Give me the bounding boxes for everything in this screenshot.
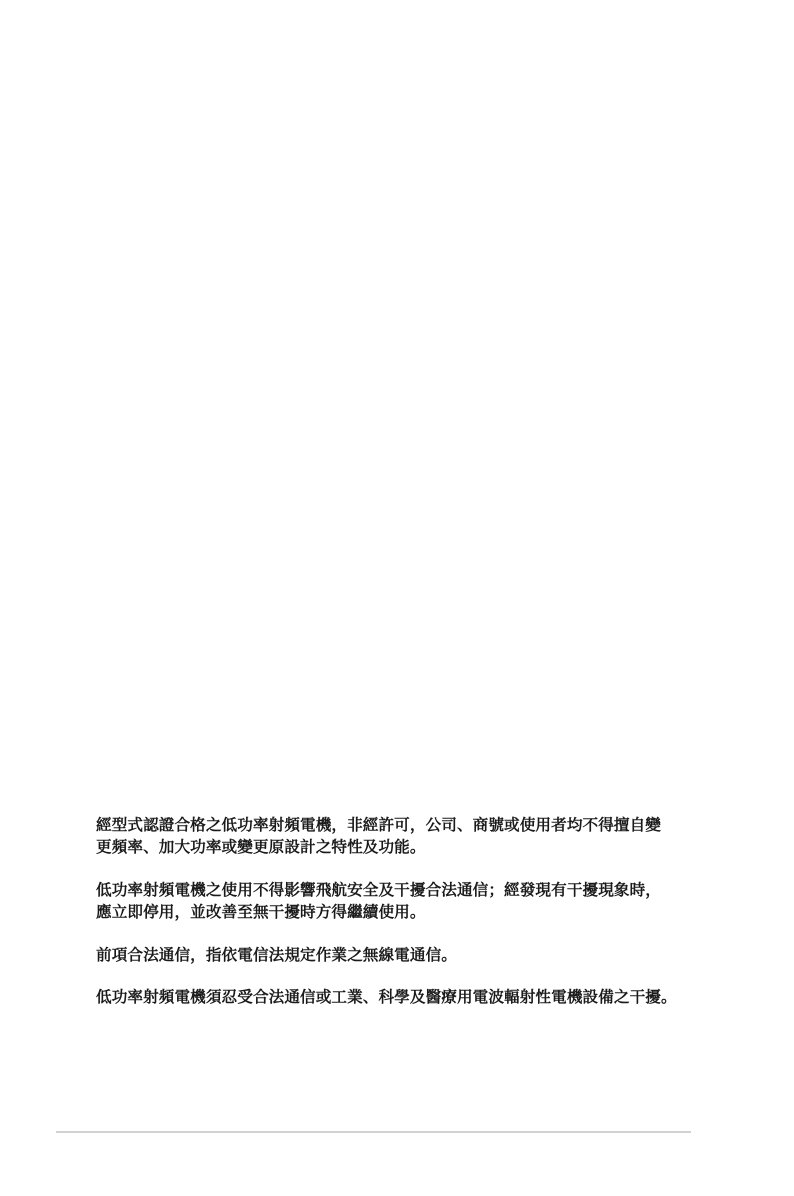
paragraph-spacer [96,966,696,986]
footer-divider [56,1131,691,1133]
paragraph-spacer [96,858,696,879]
paragraph-legal-communication: 前項合法通信，指依電信法規定作業之無線電通信。 [96,944,696,966]
paragraph-line: 經型式認證合格之低功率射頻電機，非經許可，公司、商號或使用者均不得擅自變 [96,814,696,836]
paragraph-line: 低功率射頻電機須忍受合法通信或工業、科學及醫療用電波輻射性電機設備之干擾。 [96,986,696,1008]
ncc-regulatory-notice: 經型式認證合格之低功率射頻電機，非經許可，公司、商號或使用者均不得擅自變 更頻率… [96,814,696,1008]
paragraph-line: 更頻率、加大功率或變更原設計之特性及功能。 [96,836,696,858]
paragraph-line: 低功率射頻電機之使用不得影響飛航安全及干擾合法通信；經發現有干擾現象時， [96,879,696,901]
paragraph-certification: 經型式認證合格之低功率射頻電機，非經許可，公司、商號或使用者均不得擅自變 更頻率… [96,814,696,858]
paragraph-line: 應立即停用，並改善至無干擾時方得繼續使用。 [96,901,696,923]
paragraph-spacer [96,923,696,944]
paragraph-interference: 低功率射頻電機之使用不得影響飛航安全及干擾合法通信；經發現有干擾現象時， 應立即… [96,879,696,923]
paragraph-tolerance: 低功率射頻電機須忍受合法通信或工業、科學及醫療用電波輻射性電機設備之干擾。 [96,986,696,1008]
paragraph-line: 前項合法通信，指依電信法規定作業之無線電通信。 [96,944,696,966]
